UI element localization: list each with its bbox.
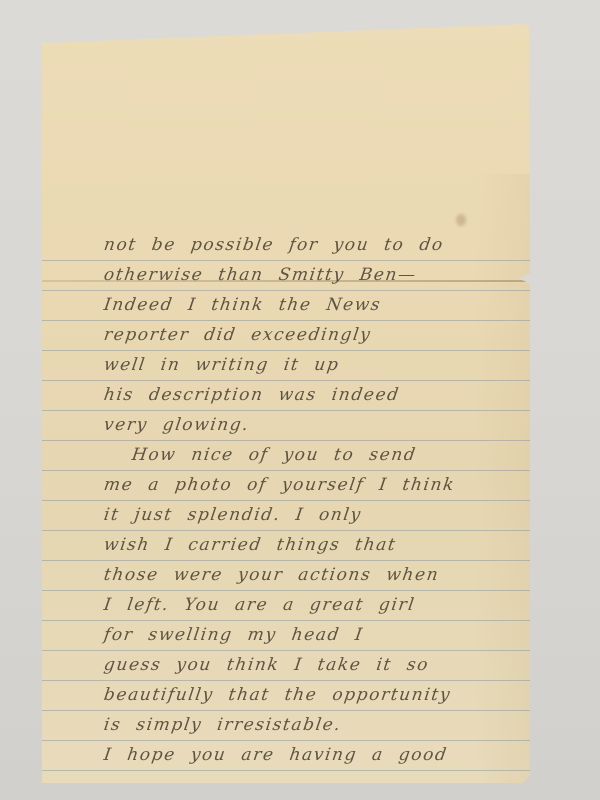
text-line: those were your actions when: [102, 560, 522, 590]
rule-line: [42, 770, 530, 771]
text-line: otherwise than Smitty Ben—: [102, 260, 522, 290]
letter-page: not be possible for you to do otherwise …: [42, 24, 530, 783]
text-line: How nice of you to send: [130, 440, 522, 470]
text-line: reporter did exceedingly: [102, 320, 522, 350]
text-line: very glowing.: [102, 410, 522, 440]
ink-stain: [456, 214, 466, 226]
text-line: is simply irresistable.: [102, 710, 522, 740]
text-line: not be possible for you to do: [102, 230, 522, 260]
text-line: his description was indeed: [102, 380, 522, 410]
text-line: well in writing it up: [102, 350, 522, 380]
text-line: I hope you are having a good: [102, 740, 522, 770]
text-line: wish I carried things that: [102, 530, 522, 560]
text-line: me a photo of yourself I think: [102, 470, 522, 500]
text-line: Indeed I think the News: [102, 290, 522, 320]
text-line: I left. You are a great girl: [102, 590, 522, 620]
text-line: for swelling my head I: [102, 620, 522, 650]
text-line: it just splendid. I only: [102, 500, 522, 530]
text-line: beautifully that the opportunity: [102, 680, 522, 710]
text-line: guess you think I take it so: [102, 650, 522, 680]
